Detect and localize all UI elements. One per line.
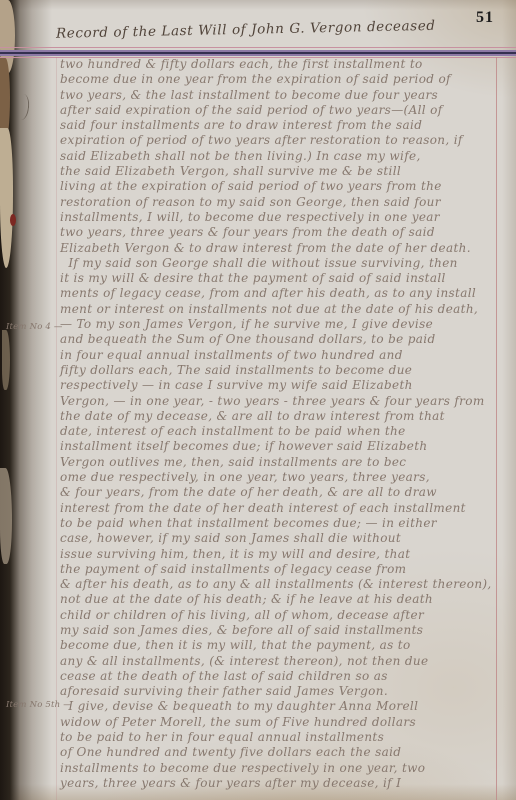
- manuscript-line: widow of Peter Morell, the sum of Five h…: [60, 715, 496, 730]
- manuscript-line: case, however, if my said son James shal…: [60, 531, 496, 546]
- manuscript-line: child or children of his living, all of …: [60, 608, 496, 623]
- manuscript-line: my said son James dies, & before all of …: [60, 623, 496, 638]
- right-margin-rule: [496, 57, 497, 800]
- manuscript-line: issue surviving him, then, it is my will…: [60, 547, 496, 562]
- page-header-title: Record of the Last Will of John G. Vergo…: [56, 18, 416, 42]
- manuscript-line: to be paid when that installment becomes…: [60, 516, 496, 531]
- manuscript-line: Vergon, — in one year, - two years - thr…: [60, 394, 496, 409]
- manuscript-line: years, three years & four years after my…: [60, 776, 496, 791]
- manuscript-line: respectively — in case I survive my wife…: [60, 378, 496, 393]
- manuscript-line: ments of legacy cease, from and after hi…: [60, 286, 496, 301]
- manuscript-line: & after his death, as to any & all insta…: [60, 577, 496, 592]
- manuscript-line: interest from the date of her death inte…: [60, 501, 496, 516]
- manuscript-line: fifty dollars each, The said installment…: [60, 363, 496, 378]
- manuscript-line: it is my will & desire that the payment …: [60, 271, 496, 286]
- manuscript-line: cease at the death of the last of said c…: [60, 669, 496, 684]
- margin-note-item-5: Item No 5th —: [6, 700, 58, 710]
- page-number: 51: [476, 9, 494, 27]
- margin-note-item-4: Item No 4 —: [6, 322, 58, 332]
- manuscript-line: Elizabeth Vergon & to draw interest from…: [60, 241, 496, 256]
- manuscript-line: Vergon outlives me, then, said installme…: [60, 455, 496, 470]
- book-binding-edge: [0, 0, 52, 800]
- manuscript-line: living at the expiration of said period …: [60, 179, 496, 194]
- manuscript-line: two hundred & fifty dollars each, the fi…: [60, 57, 496, 72]
- manuscript-line: any & all installments, (& interest ther…: [60, 654, 496, 669]
- manuscript-line: expiration of period of two years after …: [60, 133, 496, 148]
- manuscript-line: of One hundred and twenty five dollars e…: [60, 745, 496, 760]
- manuscript-line: installment itself becomes due; if howev…: [60, 439, 496, 454]
- manuscript-line: two years, & the last installment to bec…: [60, 88, 496, 103]
- manuscript-line: said four installments are to draw inter…: [60, 118, 496, 133]
- manuscript-line: I give, devise & bequeath to my daughter…: [60, 699, 496, 714]
- manuscript-line: & four years, from the date of her death…: [60, 485, 496, 500]
- manuscript-line: installments to become due respectively …: [60, 761, 496, 776]
- manuscript-line: installments, I will, to become due resp…: [60, 210, 496, 225]
- manuscript-line: become due, then it is my will, that the…: [60, 638, 496, 653]
- manuscript-line: and bequeath the Sum of One thousand dol…: [60, 332, 496, 347]
- manuscript-line: restoration of reason to my said son Geo…: [60, 195, 496, 210]
- manuscript-line: If my said son George shall die without …: [60, 256, 496, 271]
- left-margin-rule: [56, 57, 57, 800]
- manuscript-line: after said expiration of the said period…: [60, 103, 496, 118]
- manuscript-line: ome due respectively, in one year, two y…: [60, 470, 496, 485]
- manuscript-line: ment or interest on installments not due…: [60, 302, 496, 317]
- manuscript-line: become due in one year from the expirati…: [60, 72, 496, 87]
- manuscript-line: — To my son James Vergon, if he survive …: [60, 317, 496, 332]
- manuscript-body: two hundred & fifty dollars each, the fi…: [60, 57, 496, 791]
- manuscript-line: to be paid to her in four equal annual i…: [60, 730, 496, 745]
- manuscript-line: said Elizabeth shall not be then living.…: [60, 149, 496, 164]
- ledger-page-photo: 51 Record of the Last Will of John G. Ve…: [0, 0, 516, 800]
- manuscript-line: not due at the date of his death; & if h…: [60, 592, 496, 607]
- manuscript-line: the date of my decease, & are all to dra…: [60, 409, 496, 424]
- manuscript-line: the said Elizabeth Vergon, shall survive…: [60, 164, 496, 179]
- manuscript-line: aforesaid surviving their father said Ja…: [60, 684, 496, 699]
- manuscript-line: two years, three years & four years from…: [60, 225, 496, 240]
- manuscript-line: in four equal annual installments of two…: [60, 348, 496, 363]
- manuscript-line: date, interest of each installment to be…: [60, 424, 496, 439]
- manuscript-line: the payment of said installments of lega…: [60, 562, 496, 577]
